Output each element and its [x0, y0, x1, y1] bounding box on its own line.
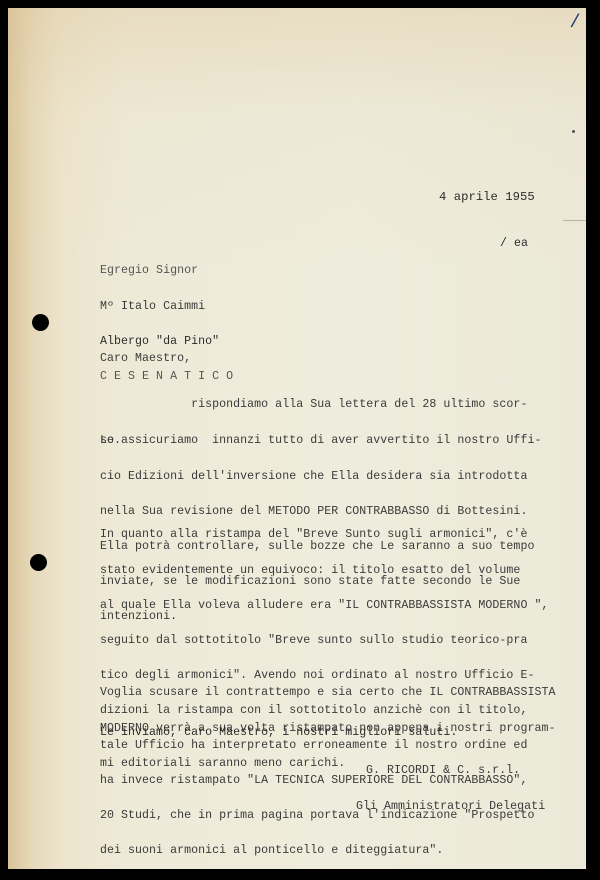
- text-line: seguito dal sottotitolo "Breve sunto sul…: [100, 635, 548, 647]
- margin-rule: [563, 220, 586, 221]
- recipient-name: Mº Italo Caimmi: [100, 301, 233, 313]
- text-line: Voglia scusare il contrattempo e sia cer…: [100, 687, 555, 699]
- letter-greeting: Caro Maestro,: [100, 353, 191, 365]
- recipient-hotel: Albergo "da Pino": [100, 336, 233, 348]
- reference-code: / ea: [500, 238, 528, 250]
- text-line: rispondiamo alla Sua lettera del 28 ulti…: [100, 399, 527, 411]
- paper-speck: [572, 130, 575, 133]
- text-line: al quale Ella voleva alludere era "IL CO…: [100, 600, 548, 612]
- signature-company: G. RICORDI & C. s.r.l.: [356, 765, 545, 777]
- signature-block: G. RICORDI & C. s.r.l. Gli Amministrator…: [356, 742, 545, 836]
- recipient-salutation: Egregio Signor: [100, 265, 233, 277]
- letter-page: / 4 aprile 1955 / ea Egregio Signor Mº I…: [8, 8, 586, 869]
- punch-hole-bottom: [30, 554, 47, 571]
- text-line: cio Edizioni dell'inversione che Ella de…: [100, 471, 541, 483]
- text-line: dei suoni armonici al ponticello e diteg…: [100, 845, 548, 857]
- signature-title: Gli Amministratori Delegati: [356, 801, 545, 813]
- text-line: Le assicuriamo innanzi tutto di aver avv…: [100, 435, 541, 447]
- letter-date: 4 aprile 1955: [439, 192, 535, 204]
- pen-mark: /: [570, 10, 580, 32]
- text-line: In quanto alla ristampa del "Breve Sunto…: [100, 529, 548, 541]
- text-line: Le inviamo, caro Maestro, i nostri migli…: [100, 727, 457, 739]
- text-line: stato evidentemente un equivoco: il tito…: [100, 565, 548, 577]
- punch-hole-top: [32, 314, 49, 331]
